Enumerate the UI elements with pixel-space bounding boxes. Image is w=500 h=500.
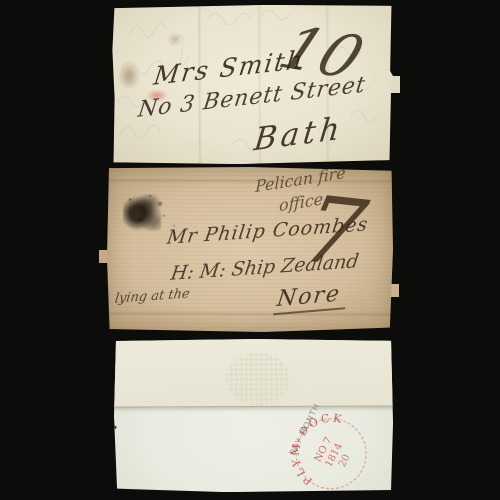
age-stain: [164, 29, 186, 49]
embossed-seal-impression: [226, 353, 290, 405]
circular-datestamp: PLYM-DOCK NO 7 1814 20: [278, 401, 383, 492]
photo-background: 10 Mrs Smith No 3 Benett Street Bath Pel…: [0, 0, 500, 500]
cover-middle-nore: Pelican fire office 7 Mr Philip Coombes …: [107, 167, 394, 333]
age-stain: [114, 56, 144, 96]
cover-top-bath: 10 Mrs Smith No 3 Benett Street Bath: [112, 4, 394, 164]
cover-bottom-plym-dock: John Esq DAY MONTH PLYM-DOCK NO 7 1814 2…: [114, 339, 394, 493]
address-note: lying at the: [114, 287, 191, 305]
ink-blot: [123, 195, 161, 231]
address-line-destination: Nore: [273, 283, 348, 315]
fold-crease: [107, 313, 393, 316]
